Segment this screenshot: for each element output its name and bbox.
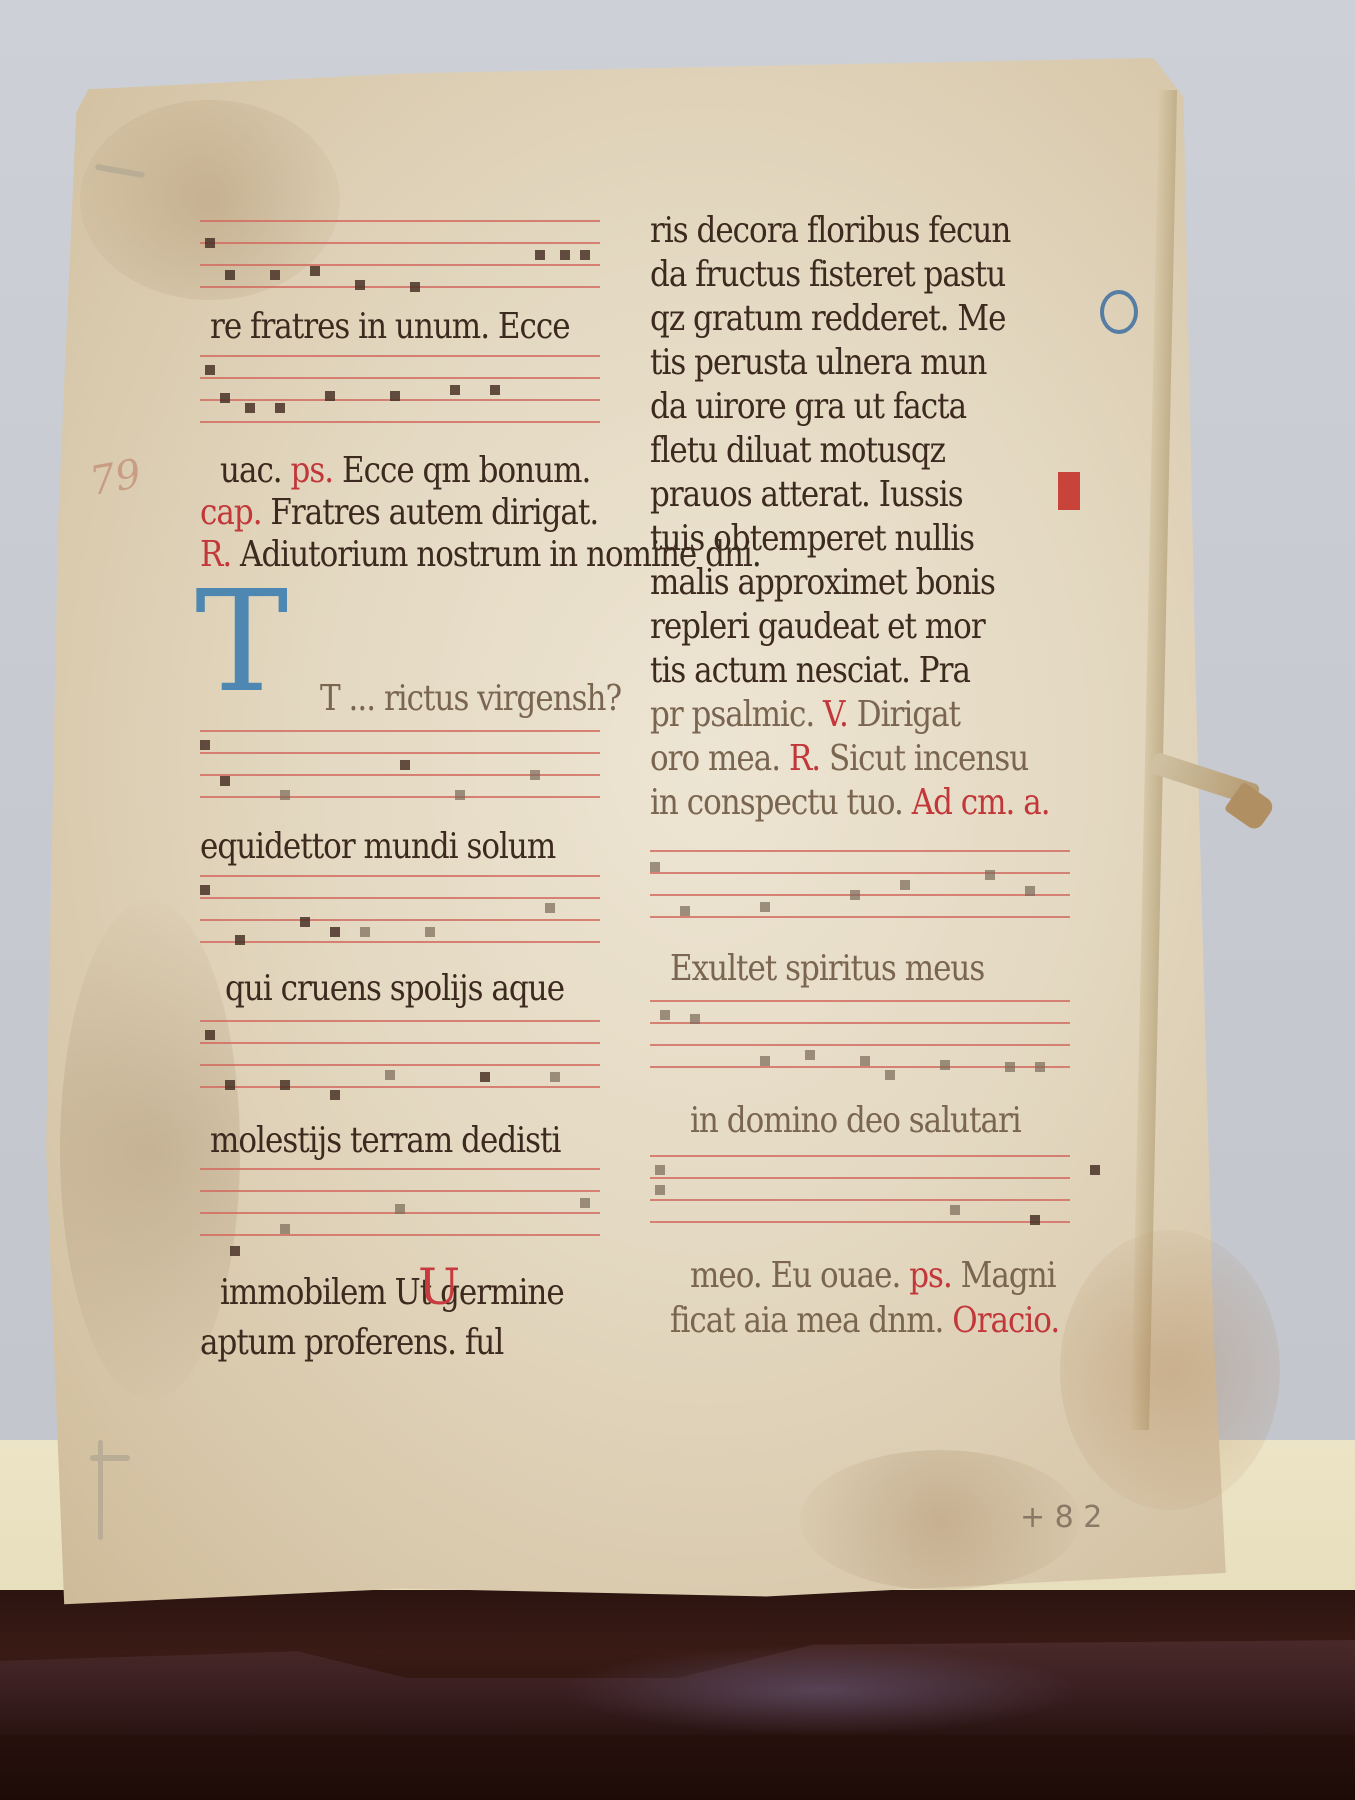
text-line: immobilem Ut germine xyxy=(220,1272,564,1313)
rubric: V. xyxy=(823,694,848,735)
rubric: ps. xyxy=(909,1255,952,1296)
text-line: qui cruens spolijs aque xyxy=(225,968,564,1009)
red-initial-i xyxy=(1058,472,1080,510)
text-line: qz gratum redderet. Me xyxy=(650,298,1005,339)
music-staff xyxy=(200,220,600,300)
sewing-thread-bottom xyxy=(90,1455,130,1461)
red-initial-u: U xyxy=(418,1258,460,1316)
music-staff xyxy=(200,730,600,810)
music-staff xyxy=(200,875,600,955)
text-line: equidettor mundi solum xyxy=(200,826,555,867)
decorated-initial-t: T xyxy=(195,578,315,708)
text-line: in domino deo salutari xyxy=(690,1100,1021,1141)
blue-initial-m xyxy=(1100,290,1138,334)
text-line: tis actum nesciat. Pra xyxy=(650,650,970,691)
rubric: ps. xyxy=(291,450,334,491)
text-line: cap. Fratres autem dirigat. xyxy=(200,492,598,533)
folio-number: 79 xyxy=(86,451,144,505)
pencil-marking: + 8 2 xyxy=(1020,1500,1102,1535)
shelf-reflection xyxy=(560,1645,1080,1735)
text-line: molestijs terram dedisti xyxy=(210,1120,560,1161)
text-line: fletu diluat motusqz xyxy=(650,430,945,471)
text-line: da fructus fisteret pastu xyxy=(650,254,1005,295)
text-line: Exultet spiritus meus xyxy=(670,948,984,989)
music-staff xyxy=(200,355,600,435)
music-staff xyxy=(650,850,1070,930)
text-line: repleri gaudeat et mor xyxy=(650,606,985,647)
text-line: malis approximet bonis xyxy=(650,562,995,603)
music-staff xyxy=(650,1000,1070,1080)
music-staff xyxy=(200,1020,600,1100)
sewing-thread-stitch xyxy=(98,1440,103,1540)
music-staff xyxy=(650,1155,1070,1235)
text-line: ficat aia mea dnm. Oracio. xyxy=(670,1300,1059,1341)
text-line: oro mea. R. Sicut incensu xyxy=(650,738,1028,779)
text-line: uac. ps. Ecce qm bonum. xyxy=(220,450,590,491)
text-line: pr psalmic. V. Dirigat xyxy=(650,694,960,735)
rubric: cap. xyxy=(200,492,262,533)
text-line: T ... rictus virgensh? xyxy=(320,678,621,719)
music-staff xyxy=(200,1168,600,1248)
text-line: meo. Eu ouae. ps. Magni xyxy=(690,1255,1056,1296)
text-line: re fratres in unum. Ecce xyxy=(210,306,570,347)
text-line: in conspectu tuo. Ad cm. a. xyxy=(650,782,1050,823)
text-line: tuis obtemperet nullis xyxy=(650,518,974,559)
text-line: tis perusta ulnera mun xyxy=(650,342,986,383)
text-line: da uirore gra ut facta xyxy=(650,386,966,427)
rubric: Ad cm. a. xyxy=(912,782,1050,823)
text-line: prauos atterat. Iussis xyxy=(650,474,963,515)
text-line: ris decora floribus fecun xyxy=(650,210,1010,251)
rubric: R. xyxy=(789,738,820,779)
rubric: Oracio. xyxy=(952,1300,1059,1341)
text-line: aptum proferens. ful xyxy=(200,1322,503,1363)
